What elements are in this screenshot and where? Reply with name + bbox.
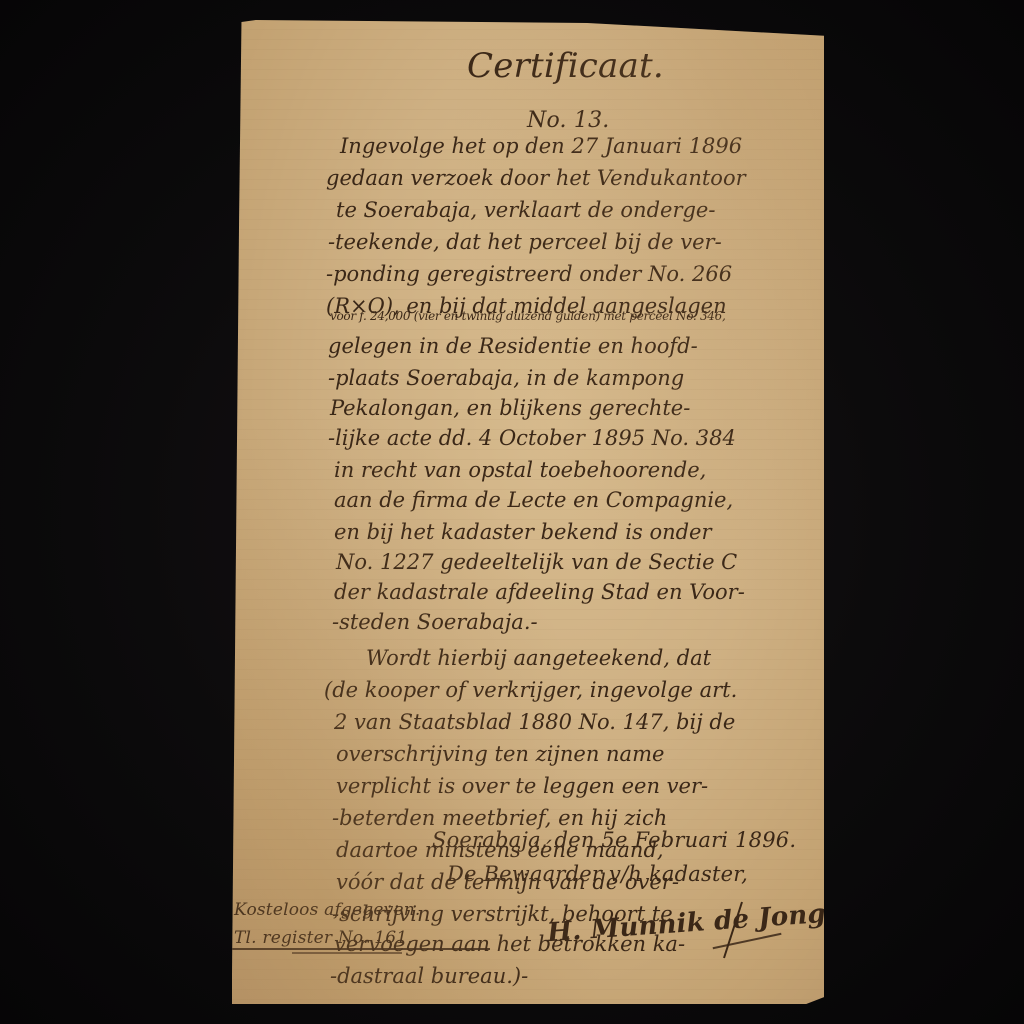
margin-note-register: Tl. register No. 161. xyxy=(234,928,413,948)
body-line: No. 1227 gedeeltelijk van de Sectie C xyxy=(336,550,737,574)
official-title: De Bewaarder v/h kadaster, xyxy=(447,862,748,886)
certificate-paper: Certificaat. No. 13. Ingevolge het op de… xyxy=(232,20,824,1004)
body-line: te Soerabaja, verklaart de onderge- xyxy=(336,198,715,222)
body-line: Wordt hierbij aangeteekend, dat xyxy=(366,646,711,670)
body-line: gelegen in de Residentie en hoofd- xyxy=(328,334,698,358)
body-line: (de kooper of verkrijger, ingevolge art. xyxy=(324,678,737,702)
signature-flourish-icon xyxy=(712,900,752,960)
body-line: overschrijving ten zijnen name xyxy=(336,742,664,766)
body-line: verplicht is over te leggen een ver- xyxy=(336,774,708,798)
body-line: -dastraal bureau.)- xyxy=(330,964,528,988)
body-line: -lijke acte dd. 4 October 1895 No. 384 xyxy=(328,426,736,450)
body-line-small: voor f. 24,000 (vier en twintig duizend … xyxy=(330,309,725,323)
certificate-number: No. 13. xyxy=(527,108,609,133)
body-line: Pekalongan, en blijkens gerechte- xyxy=(330,396,690,420)
margin-note-underline-secondary xyxy=(292,952,402,954)
margin-note-free-issue: Kosteloos afgegeven. xyxy=(234,900,420,920)
body-line: -beterden meetbrief, en hij zich xyxy=(332,806,667,830)
body-line: der kadastrale afdeeling Stad en Voor- xyxy=(334,580,745,604)
body-line: 2 van Staatsblad 1880 No. 147, bij de xyxy=(334,710,735,734)
body-line: -plaats Soerabaja, in de kampong xyxy=(328,366,684,390)
body-line: Ingevolge het op den 27 Januari 1896 xyxy=(340,134,742,158)
body-line: aan de firma de Lecte en Compagnie, xyxy=(334,488,733,512)
body-line: -teekende, dat het perceel bij de ver- xyxy=(328,230,722,254)
margin-note-underline xyxy=(232,948,490,950)
body-line: -ponding geregistreerd onder No. 266 xyxy=(326,262,732,286)
body-line: gedaan verzoek door het Vendukantoor xyxy=(326,166,746,190)
document-title: Certificaat. xyxy=(467,46,664,86)
place-and-date: Soerabaja, den 5e Februari 1896. xyxy=(432,828,796,852)
body-line: en bij het kadaster bekend is onder xyxy=(334,520,712,544)
body-line: -steden Soerabaja.- xyxy=(332,610,538,634)
body-line: in recht van opstal toebehoorende, xyxy=(334,458,706,482)
